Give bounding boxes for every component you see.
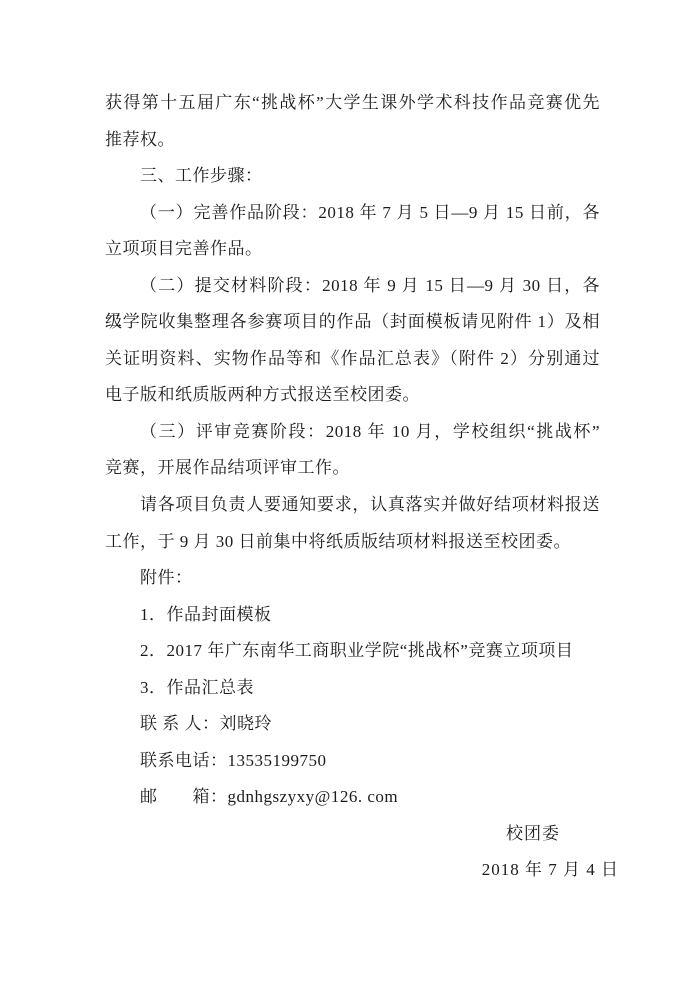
section-3-heading: 三、工作步骤： [105, 158, 600, 195]
step-1-line-1: （一）完善作品阶段：2018 年 7 月 5 日—9 月 15 日前，各 [105, 195, 600, 232]
step-1-line-2: 立项项目完善作品。 [105, 231, 600, 268]
notice-line-1: 请各项目负责人要通知要求，认真落实并做好结项材料报送 [105, 487, 600, 524]
overview-continuation-line-2: 推荐权。 [105, 122, 600, 159]
step-3-line-1: （三）评审竞赛阶段：2018 年 10 月，学校组织“挑战杯” [105, 414, 600, 451]
attachments-heading: 附件： [105, 560, 600, 597]
document-body: 获得第十五届广东“挑战杯”大学生课外学术科技作品竞赛优先推荐权。三、工作步骤：（… [105, 85, 600, 889]
notice-line-2: 工作，于 9 月 30 日前集中将纸质版结项材料报送至校团委。 [105, 524, 600, 561]
contact-phone: 联系电话：13535199750 [105, 743, 600, 780]
step-2-line-2: 级学院收集整理各参赛项目的作品（封面模板请见附件 1）及相 [105, 304, 600, 341]
attachment-item-3: 3．作品汇总表 [105, 670, 600, 707]
step-3-line-2: 竞赛，开展作品结项评审工作。 [105, 450, 600, 487]
step-2-line-3: 关证明资料、实物作品等和《作品汇总表》（附件 2）分别通过 [105, 341, 600, 378]
attachment-item-1: 1．作品封面模板 [105, 597, 600, 634]
contact-email: 邮 箱：gdnhgszyxy@126. com [105, 779, 600, 816]
contact-person: 联 系 人：刘晓玲 [105, 706, 600, 743]
document-page: 获得第十五届广东“挑战杯”大学生课外学术科技作品竞赛优先推荐权。三、工作步骤：（… [0, 0, 700, 989]
signature-org: 校团委 [105, 816, 600, 853]
overview-continuation-line-1: 获得第十五届广东“挑战杯”大学生课外学术科技作品竞赛优先 [105, 85, 600, 122]
signature-date: 2018 年 7 月 4 日 [105, 852, 619, 889]
step-2-line-1: （二）提交材料阶段：2018 年 9 月 15 日—9 月 30 日，各二 [105, 268, 600, 305]
attachment-item-2: 2．2017 年广东南华工商职业学院“挑战杯”竞赛立项项目 [105, 633, 600, 670]
step-2-line-4: 电子版和纸质版两种方式报送至校团委。 [105, 377, 600, 414]
